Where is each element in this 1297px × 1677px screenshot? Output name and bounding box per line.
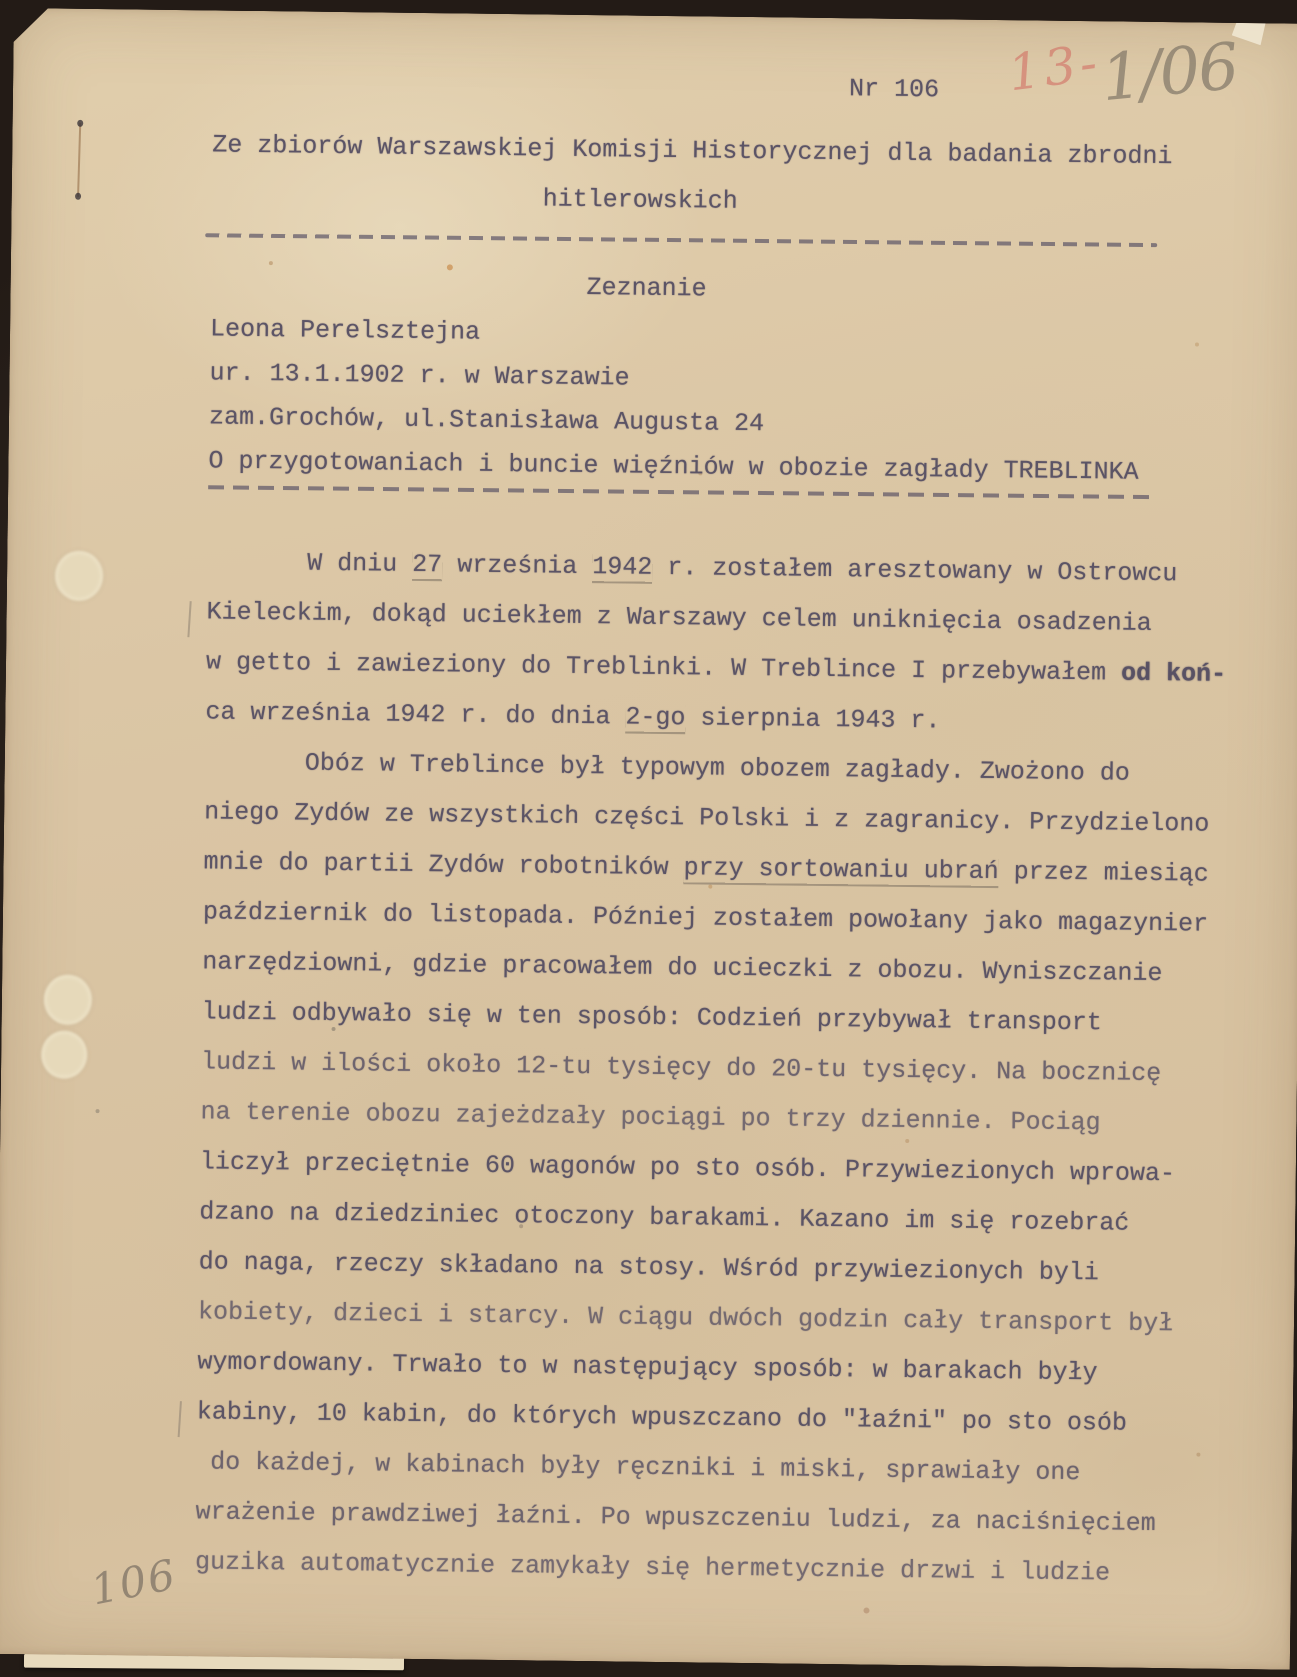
statement-title: Zeznanie <box>586 273 706 303</box>
document-number: Nr 106 <box>849 74 939 104</box>
typed-text: września <box>442 550 592 581</box>
typed-text: od koń- <box>1121 659 1226 689</box>
witness-address-line: zam.Grochów, ul.Stanisława Augusta 24 <box>209 402 764 438</box>
typed-text: r. zostałem aresztowany w Ostrowcu <box>652 553 1177 588</box>
paper-stain-specks <box>14 8 18 12</box>
dashed-divider-line <box>205 233 1157 247</box>
handwritten-page-number-bottom: 106 <box>87 1550 181 1615</box>
handwritten-page-number-top: 1/06 <box>1098 30 1240 116</box>
collection-title-line2: hitlerowskich <box>543 184 738 215</box>
punch-hole <box>55 551 104 602</box>
margin-pencil-mark <box>178 1401 182 1437</box>
scanner-background: Nr 106 13- 1/06 Ze zbiorów Warszawskiej … <box>0 0 1297 1677</box>
subject-dashed-underline <box>208 485 1152 499</box>
paper-tear-chip <box>1232 21 1266 45</box>
typed-text: W dniu <box>307 549 412 579</box>
typed-text: 2-go <box>625 703 685 733</box>
typed-text: przez miesiąc <box>998 857 1208 889</box>
punch-hole <box>41 1030 88 1079</box>
typed-text: 27 <box>412 550 442 579</box>
typed-text: ca września 1942 r. do dnia <box>205 697 625 731</box>
typed-text: 1942 <box>592 552 652 582</box>
document-page: Nr 106 13- 1/06 Ze zbiorów Warszawskiej … <box>0 8 1297 1670</box>
staple-mark <box>77 123 81 197</box>
scanned-archive-document: { "annotations": { "red_mark": "13-", "t… <box>0 0 1297 1677</box>
typed-text: przy sortowaniu ubrań <box>683 853 998 886</box>
subject-line: O przygotowaniach i buncie więźniów w ob… <box>208 446 1138 486</box>
witness-name: Leona Perelsztejna <box>210 314 480 346</box>
collection-title-line1: Ze zbiorów Warszawskiej Komisji Historyc… <box>212 130 1172 171</box>
margin-pencil-mark <box>187 601 191 637</box>
red-pencil-annotation: 13- <box>1005 33 1104 102</box>
typed-text: mnie do partii Zydów robotników <box>203 847 683 882</box>
witness-birth-line: ur. 13.1.1902 r. w Warszawie <box>209 358 629 392</box>
typed-text: sierpnia 1943 r. <box>685 703 940 735</box>
typed-body: W dniu 27 września 1942 r. zostałem ares… <box>195 547 1288 1610</box>
punch-hole <box>44 974 93 1025</box>
